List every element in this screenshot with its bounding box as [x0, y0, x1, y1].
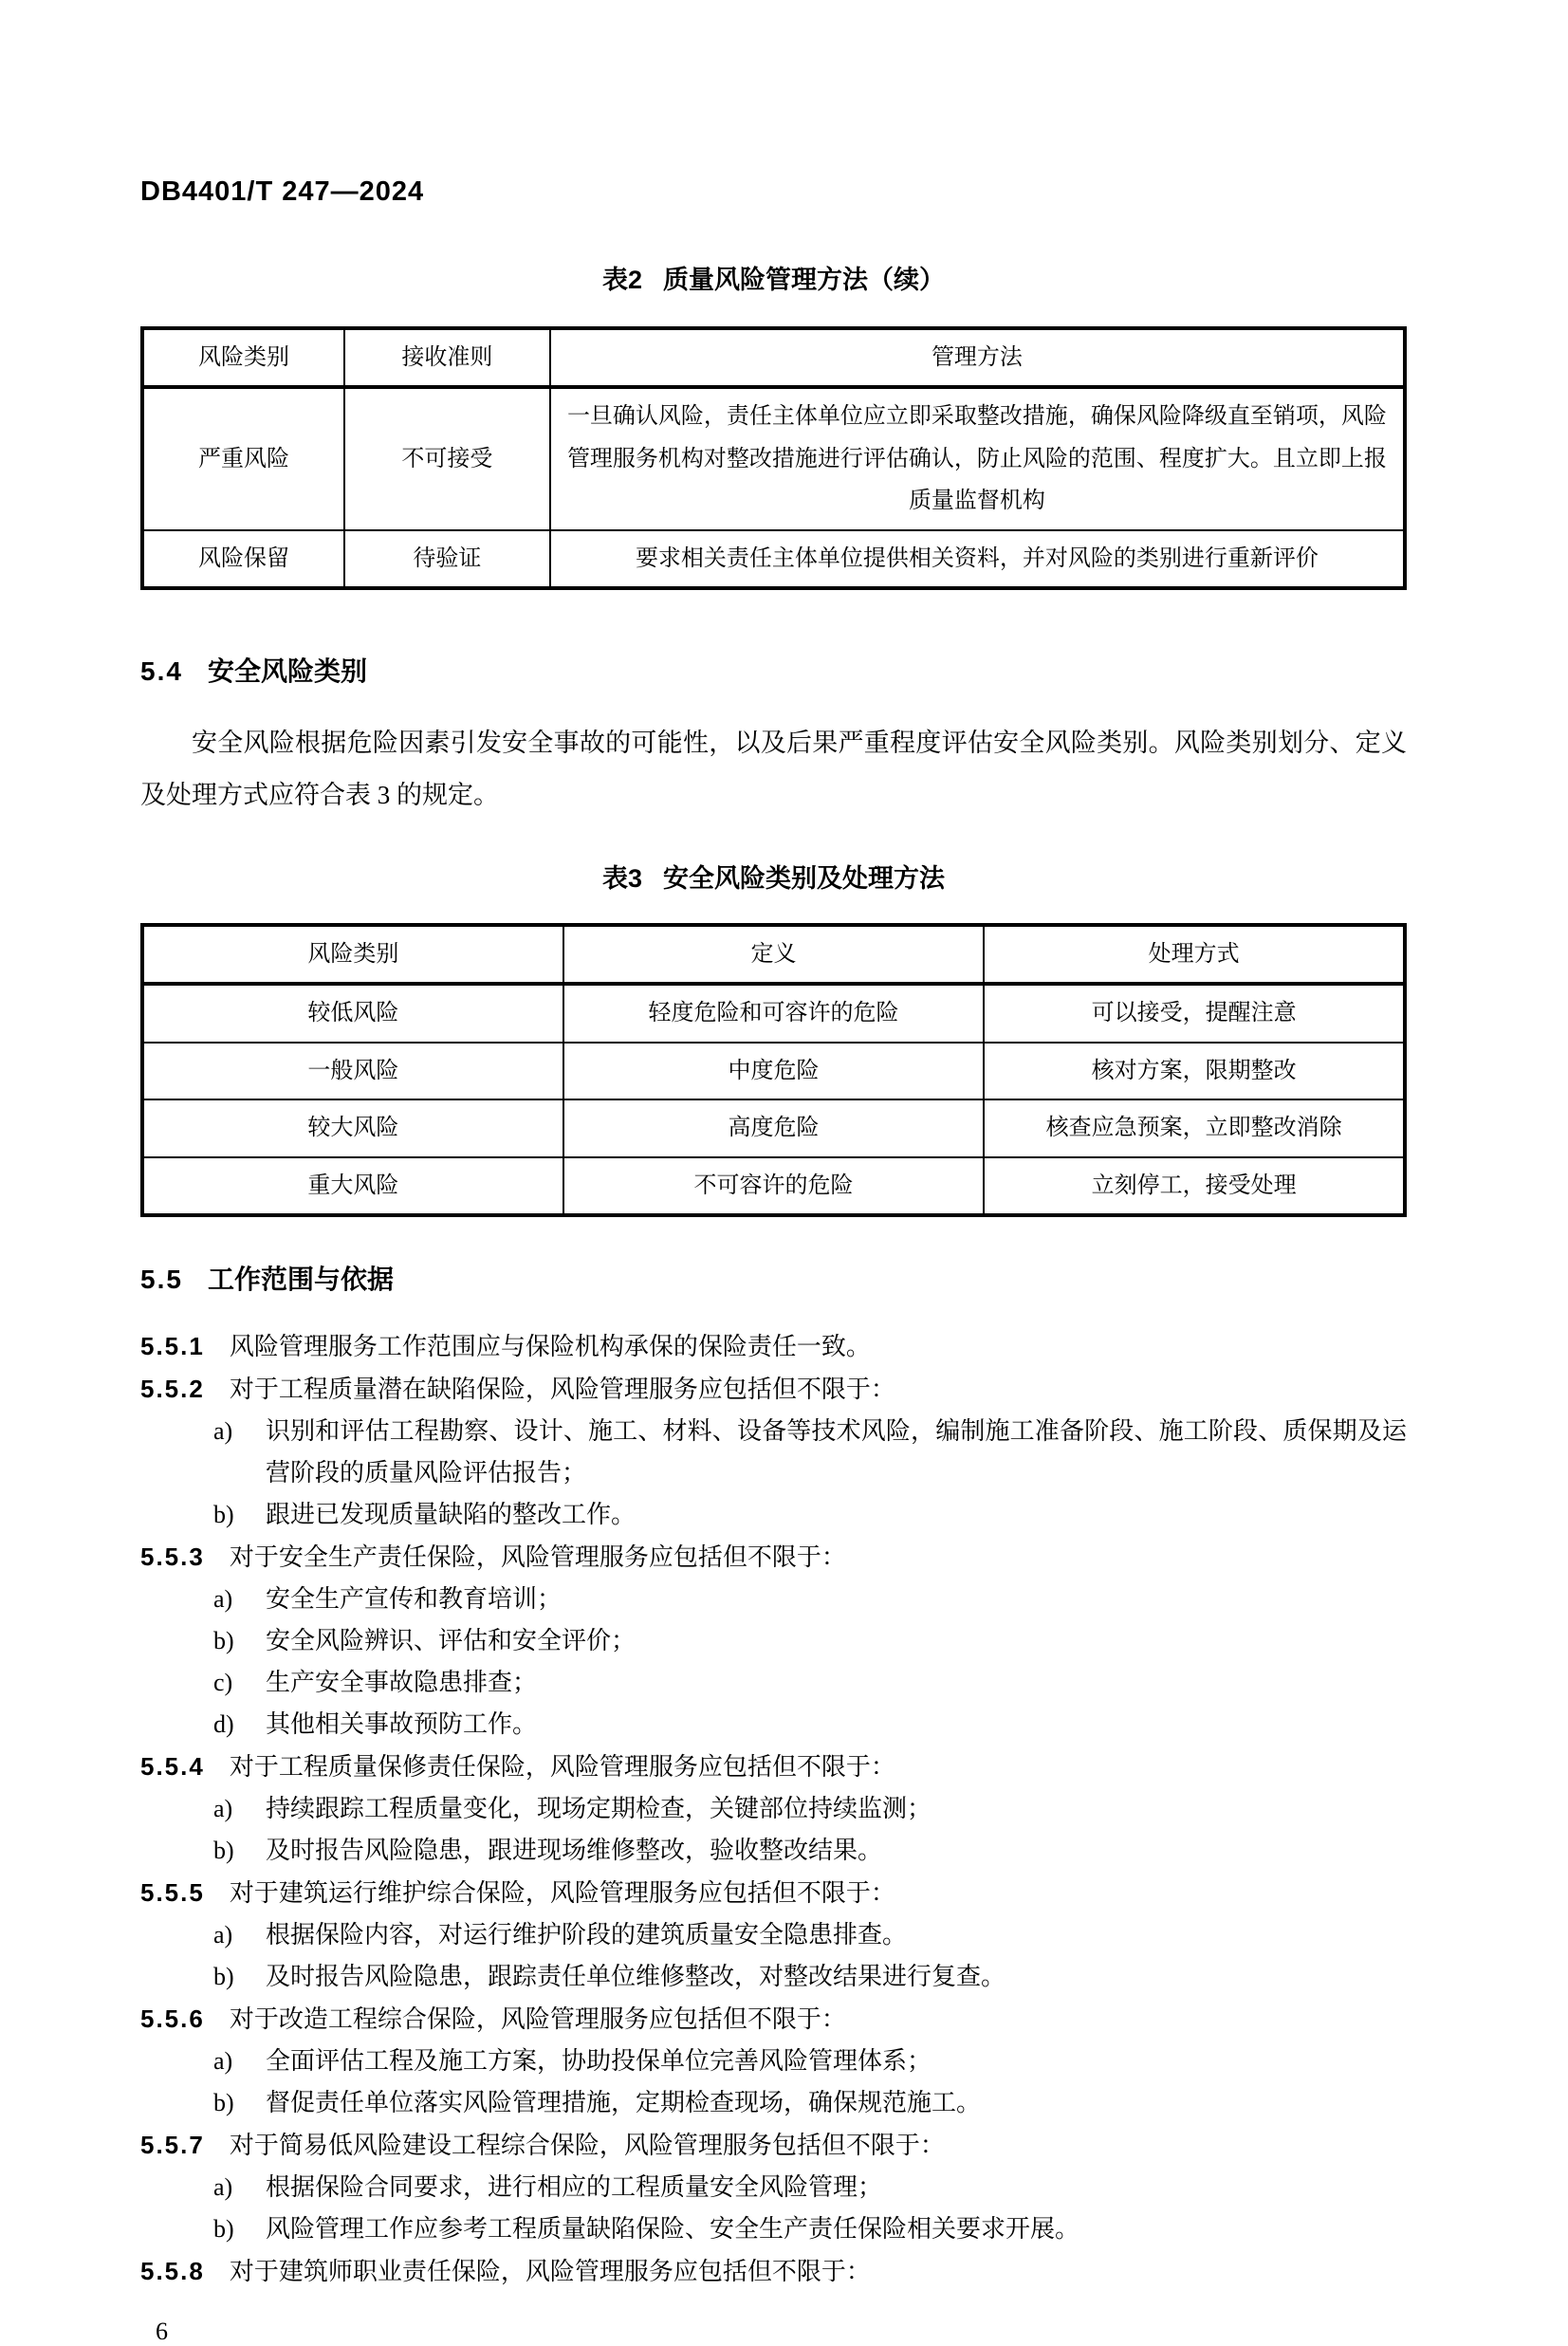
table-cell: 严重风险 [142, 387, 344, 529]
clause-item: a)全面评估工程及施工方案，协助投保单位完善风险管理体系； [140, 2041, 1407, 2082]
table-cell: 一旦确认风险，责任主体单位应立即采取整改措施，确保风险降级直至销项，风险管理服务… [550, 387, 1405, 529]
table-row: 风险保留待验证要求相关责任主体单位提供相关资料，并对风险的类别进行重新评价 [142, 530, 1405, 588]
table3-title-label: 表3 [602, 864, 642, 893]
clause-number: 5.5.2 [140, 1375, 205, 1403]
clause-item-label: c) [213, 1662, 232, 1704]
clause-number: 5.5.8 [140, 2257, 205, 2285]
clause-5-5-7: 5.5.7对于简易低风险建设工程综合保险，风险管理服务包括但不限于： [140, 2124, 1407, 2167]
section-5-4-number: 5.4 [140, 656, 183, 686]
clause-item: a)持续跟踪工程质量变化，现场定期检查，关键部位持续监测； [140, 1788, 1407, 1830]
section-5-4-paragraph: 安全风险根据危险因素引发安全事故的可能性，以及后果严重程度评估安全风险类别。风险… [140, 717, 1407, 822]
section-5-5-title: 工作范围与依据 [208, 1265, 394, 1294]
table-cell: 高度危险 [563, 1099, 985, 1156]
table-row: 较低风险轻度危险和可容许的危险可以接受，提醒注意 [142, 984, 1405, 1042]
table-header-cell: 定义 [563, 925, 985, 984]
clause-item: b)及时报告风险隐患，跟踪责任单位维修整改，对整改结果进行复查。 [140, 1956, 1407, 1998]
clause-text: 对于工程质量潜在缺陷保险，风险管理服务应包括但不限于： [230, 1376, 895, 1403]
clause-number: 5.5.4 [140, 1752, 205, 1781]
clause-number: 5.5.6 [140, 2004, 205, 2033]
section-5-5-number: 5.5 [140, 1265, 183, 1294]
clause-item-text: 风险管理工作应参考工程质量缺陷保险、安全生产责任保险相关要求开展。 [266, 2215, 1079, 2243]
clause-text: 风险管理服务工作范围应与保险机构承保的保险责任一致。 [230, 1333, 871, 1360]
clause-text: 对于改造工程综合保险，风险管理服务应包括但不限于： [230, 2005, 846, 2033]
table-row: 较大风险高度危险核查应急预案，立即整改消除 [142, 1099, 1405, 1156]
table3-title: 表3安全风险类别及处理方法 [140, 858, 1407, 895]
clause-item-text: 根据保险合同要求，进行相应的工程质量安全风险管理； [266, 2173, 882, 2201]
clause-5-5-3: 5.5.3对于安全生产责任保险，风险管理服务应包括但不限于： [140, 1536, 1407, 1579]
table-header-row: 风险类别定义处理方式 [142, 925, 1405, 984]
clause-item: c)生产安全事故隐患排查； [140, 1662, 1407, 1704]
table-row: 严重风险不可接受一旦确认风险，责任主体单位应立即采取整改措施，确保风险降级直至销… [142, 387, 1405, 529]
section-5-5-heading: 5.5工作范围与依据 [140, 1259, 1407, 1297]
table-row: 一般风险中度危险核对方案，限期整改 [142, 1043, 1405, 1099]
table-header-cell: 接收准则 [344, 328, 550, 387]
clause-item-label: a) [213, 2167, 232, 2208]
clause-text: 对于工程质量保修责任保险，风险管理服务应包括但不限于： [230, 1753, 895, 1781]
clause-item-label: a) [213, 1914, 232, 1956]
table-safety-risk-categories: 风险类别定义处理方式 较低风险轻度危险和可容许的危险可以接受，提醒注意一般风险中… [140, 923, 1407, 1217]
clause-item-text: 其他相关事故预防工作。 [266, 1710, 537, 1738]
clause-item: a)根据保险合同要求，进行相应的工程质量安全风险管理； [140, 2167, 1407, 2208]
table-header-cell: 风险类别 [142, 925, 563, 984]
section-5-4-title: 安全风险类别 [208, 656, 367, 686]
clause-item-text: 持续跟踪工程质量变化，现场定期检查，关键部位持续监测； [266, 1795, 932, 1822]
table3-header: 风险类别定义处理方式 [142, 925, 1405, 984]
table2-title-text: 质量风险管理方法（续） [663, 266, 945, 294]
clause-item-label: b) [213, 2208, 234, 2250]
clause-item: a)识别和评估工程勘察、设计、施工、材料、设备等技术风险，编制施工准备阶段、施工… [140, 1411, 1407, 1494]
table-header-cell: 管理方法 [550, 328, 1405, 387]
clause-5-5-5: 5.5.5对于建筑运行维护综合保险，风险管理服务应包括但不限于： [140, 1872, 1407, 1914]
clause-5-5-6: 5.5.6对于改造工程综合保险，风险管理服务应包括但不限于： [140, 1998, 1407, 2041]
table-cell: 轻度危险和可容许的危险 [563, 984, 985, 1042]
clause-item-text: 及时报告风险隐患，跟踪责任单位维修整改，对整改结果进行复查。 [266, 1963, 1005, 1990]
table-cell: 较大风险 [142, 1099, 563, 1156]
table-header-cell: 风险类别 [142, 328, 344, 387]
clause-number: 5.5.3 [140, 1542, 205, 1571]
clause-item-label: d) [213, 1704, 234, 1746]
clause-item: b)督促责任单位落实风险管理措施，定期检查现场，确保规范施工。 [140, 2082, 1407, 2124]
clause-item-label: b) [213, 1494, 234, 1536]
clause-item-label: a) [213, 1411, 232, 1452]
clause-item-text: 识别和评估工程勘察、设计、施工、材料、设备等技术风险，编制施工准备阶段、施工阶段… [266, 1417, 1407, 1487]
table-header-row: 风险类别接收准则管理方法 [142, 328, 1405, 387]
table2-title: 表2质量风险管理方法（续） [140, 259, 1407, 296]
clause-item-text: 安全生产宣传和教育培训； [266, 1585, 562, 1613]
clause-item-label: a) [213, 1788, 232, 1830]
clause-number: 5.5.5 [140, 1878, 205, 1907]
clause-item: a)根据保险内容，对运行维护阶段的建筑质量安全隐患排查。 [140, 1914, 1407, 1956]
table-cell: 核对方案，限期整改 [984, 1043, 1405, 1099]
table-cell: 不可接受 [344, 387, 550, 529]
section-5-4-heading: 5.4安全风险类别 [140, 651, 1407, 689]
table3-body: 较低风险轻度危险和可容许的危险可以接受，提醒注意一般风险中度危险核对方案，限期整… [142, 984, 1405, 1215]
document-page: DB4401/T 247—2024 表2质量风险管理方法（续） 风险类别接收准则… [0, 0, 1568, 2219]
clause-item: b)安全风险辨识、评估和安全评价； [140, 1620, 1407, 1662]
clause-item-text: 安全风险辨识、评估和安全评价； [266, 1627, 636, 1654]
table-cell: 较低风险 [142, 984, 563, 1042]
clause-item: b)及时报告风险隐患，跟进现场维修整改，验收整改结果。 [140, 1830, 1407, 1872]
clause-item-label: a) [213, 1579, 232, 1620]
clause-item-text: 督促责任单位落实风险管理措施，定期检查现场，确保规范施工。 [266, 2089, 981, 2116]
table-cell: 一般风险 [142, 1043, 563, 1099]
table-cell: 不可容许的危险 [563, 1157, 985, 1215]
clause-item-text: 根据保险内容，对运行维护阶段的建筑质量安全隐患排查。 [266, 1921, 907, 1949]
table-cell: 要求相关责任主体单位提供相关资料，并对风险的类别进行重新评价 [550, 530, 1405, 588]
table-cell: 重大风险 [142, 1157, 563, 1215]
table3-title-text: 安全风险类别及处理方法 [663, 864, 945, 893]
table2-body: 严重风险不可接受一旦确认风险，责任主体单位应立即采取整改措施，确保风险降级直至销… [142, 387, 1405, 588]
clause-list: 5.5.1风险管理服务工作范围应与保险机构承保的保险责任一致。5.5.2对于工程… [140, 1325, 1407, 2293]
clause-5-5-8: 5.5.8对于建筑师职业责任保险，风险管理服务应包括但不限于： [140, 2250, 1407, 2293]
table-quality-risk-management: 风险类别接收准则管理方法 严重风险不可接受一旦确认风险，责任主体单位应立即采取整… [140, 326, 1407, 590]
clause-item: d)其他相关事故预防工作。 [140, 1704, 1407, 1746]
document-code: DB4401/T 247—2024 [140, 176, 1407, 208]
clause-item-label: b) [213, 2082, 234, 2124]
clause-item: b)风险管理工作应参考工程质量缺陷保险、安全生产责任保险相关要求开展。 [140, 2208, 1407, 2250]
clause-text: 对于建筑师职业责任保险，风险管理服务应包括但不限于： [230, 2258, 871, 2285]
clause-5-5-4: 5.5.4对于工程质量保修责任保险，风险管理服务应包括但不限于： [140, 1746, 1407, 1788]
table-cell: 中度危险 [563, 1043, 985, 1099]
table-cell: 立刻停工，接受处理 [984, 1157, 1405, 1215]
table-cell: 核查应急预案，立即整改消除 [984, 1099, 1405, 1156]
clause-5-5-1: 5.5.1风险管理服务工作范围应与保险机构承保的保险责任一致。 [140, 1325, 1407, 1368]
clause-item: a)安全生产宣传和教育培训； [140, 1579, 1407, 1620]
table-row: 重大风险不可容许的危险立刻停工，接受处理 [142, 1157, 1405, 1215]
clause-item-text: 全面评估工程及施工方案，协助投保单位完善风险管理体系； [266, 2047, 932, 2075]
table-cell: 待验证 [344, 530, 550, 588]
clause-item-label: b) [213, 1956, 234, 1998]
clause-text: 对于建筑运行维护综合保险，风险管理服务应包括但不限于： [230, 1879, 895, 1907]
table2-title-label: 表2 [602, 266, 642, 294]
clause-item-text: 生产安全事故隐患排查； [266, 1669, 537, 1696]
clause-item-label: b) [213, 1620, 234, 1662]
clause-item-label: b) [213, 1830, 234, 1872]
clause-text: 对于安全生产责任保险，风险管理服务应包括但不限于： [230, 1543, 846, 1571]
clause-5-5-2: 5.5.2对于工程质量潜在缺陷保险，风险管理服务应包括但不限于： [140, 1368, 1407, 1411]
clause-item: b)跟进已发现质量缺陷的整改工作。 [140, 1494, 1407, 1536]
clause-item-text: 跟进已发现质量缺陷的整改工作。 [266, 1501, 636, 1528]
clause-item-label: a) [213, 2041, 232, 2082]
clause-number: 5.5.7 [140, 2131, 205, 2159]
table-cell: 风险保留 [142, 530, 344, 588]
page-number: 6 [140, 2318, 1407, 2346]
clause-text: 对于简易低风险建设工程综合保险，风险管理服务包括但不限于： [230, 2132, 945, 2159]
clause-item-text: 及时报告风险隐患，跟进现场维修整改，验收整改结果。 [266, 1837, 882, 1864]
clause-number: 5.5.1 [140, 1332, 205, 1360]
table-cell: 可以接受，提醒注意 [984, 984, 1405, 1042]
table2-header: 风险类别接收准则管理方法 [142, 328, 1405, 387]
table-header-cell: 处理方式 [984, 925, 1405, 984]
